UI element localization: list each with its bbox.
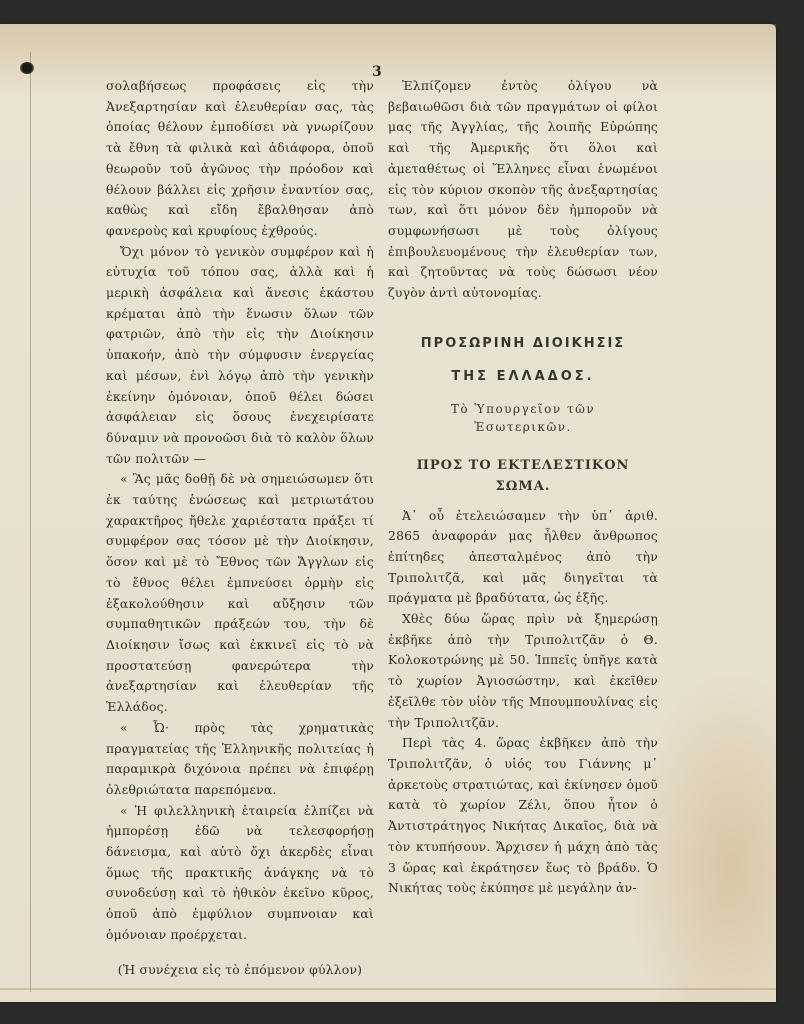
- fold-line: [0, 988, 776, 990]
- ministry-line-1: Τὸ Ὑπουργεῖον τῶν: [388, 400, 658, 418]
- left-column: σολαβήσεως προφάσεις εἰς τὴν Ἀνεξαρτησία…: [106, 76, 374, 980]
- paragraph: Χθὲς δύω ὥρας πρὶν νὰ ξημερώσῃ ἐκβῆκε ἀπ…: [388, 609, 658, 733]
- right-column: Ἐλπίζομεν ἐντὸς ὀλίγου νὰ βεβαιωθῶσι διὰ…: [388, 76, 658, 899]
- intro-paragraph: Ἐλπίζομεν ἐντὸς ὀλίγου νὰ βεβαιωθῶσι διὰ…: [388, 76, 658, 304]
- paragraph: σολαβήσεως προφάσεις εἰς τὴν Ἀνεξαρτησία…: [106, 76, 374, 242]
- paragraph: « Ὦ· πρὸς τὰς χρηματικὰς πραγματείας τῆς…: [106, 718, 374, 801]
- paragraph: Ἀ᾽ οὗ ἐτελειώσαμεν τὴν ὑπ᾽ ἀριθ. 2865 ἀν…: [388, 506, 658, 610]
- paragraph: « Ἂς μᾶς δοθῇ δὲ νὰ σημειώσωμεν ὅτι ἐκ τ…: [106, 469, 374, 717]
- paragraph: Ὄχι μόνον τὸ γενικὸν συμφέρον καὶ ἡ εὐτυ…: [106, 242, 374, 470]
- heading-of-greece: ΤΗΣ ΕΛΛΑΔΟΣ.: [388, 367, 658, 388]
- paragraph: Περὶ τὰς 4. ὥρας ἐκβῆκεν ἀπὸ τὴν Τριπολι…: [388, 733, 658, 899]
- binding-gutter-line: [30, 52, 31, 992]
- address-heading: ΠΡΟΣ ΤΟ ΕΚΤΕΛΕΣΤΙΚΟΝ ΣΩΜΑ.: [388, 456, 658, 497]
- spacer: [388, 498, 658, 506]
- paragraph: « Ἡ φιλελληνικὴ ἑταιρεία ἐλπίζει νὰ ἠμπο…: [106, 801, 374, 946]
- binding-hole-icon: [20, 62, 34, 74]
- newspaper-page: 3 σολαβήσεως προφάσεις εἰς τὴν Ἀνεξαρτησ…: [0, 24, 776, 1002]
- continued-note: (Ἡ συνέχεια εἰς τὸ ἐπόμενον φύλλον): [106, 960, 374, 981]
- ministry-line-2: Ἐσωτερικῶν.: [388, 418, 658, 436]
- heading-provisional-government: ΠΡΟΣΩΡΙΝΗ ΔΙΟΙΚΗΣΙΣ: [388, 334, 658, 355]
